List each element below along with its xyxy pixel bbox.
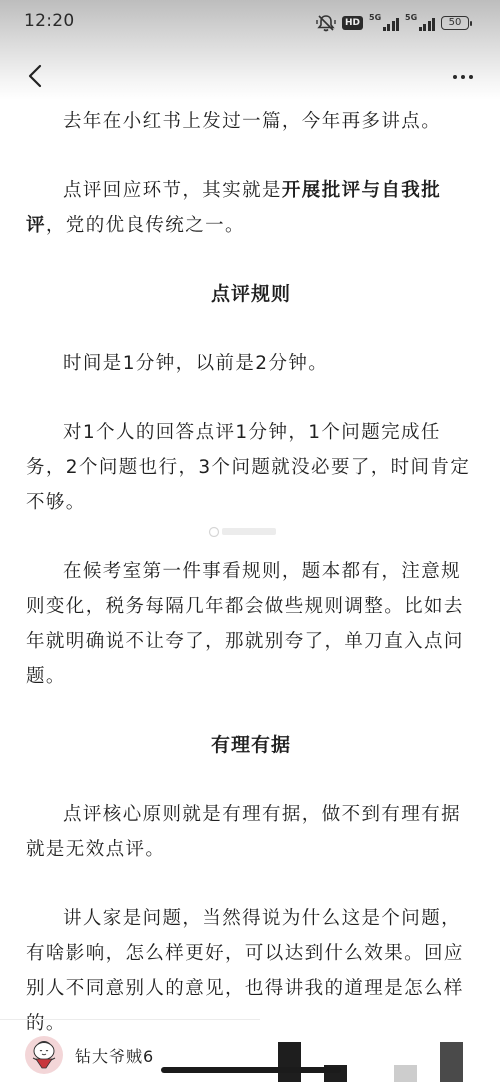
battery-level: 50 [441, 16, 469, 30]
paragraph: 在候考室第一件事看规则，题本都有，注意规则变化，税务每隔几年都会做些规则调整。比… [26, 554, 476, 694]
obscured-action-block [278, 1042, 301, 1082]
author-bar[interactable]: 钻大爷贼6 [25, 1036, 154, 1074]
section-heading: 点评规则 [26, 277, 476, 312]
watermark [208, 525, 278, 540]
hd-voice-icon: HD [342, 16, 363, 30]
section-heading: 有理有据 [26, 728, 476, 763]
author-name[interactable]: 钻大爷贼6 [75, 1044, 154, 1067]
paragraph-text: 点评回应环节，其实就是 [63, 180, 282, 201]
mute-icon [316, 14, 336, 32]
back-button[interactable] [20, 61, 50, 91]
cartoon-avatar-icon [27, 1038, 61, 1072]
obscured-action-block [440, 1042, 463, 1082]
obscured-action-block [394, 1065, 417, 1082]
home-gesture-bar[interactable] [161, 1067, 341, 1073]
weibo-watermark-icon [208, 525, 278, 537]
divider [0, 1019, 260, 1020]
chevron-left-icon [27, 64, 43, 88]
paragraph: 时间是1分钟，以前是2分钟。 [26, 346, 476, 381]
paragraph-text: ，党的优良传统之一。 [46, 215, 245, 236]
paragraph: 点评回应环节，其实就是开展批评与自我批评，党的优良传统之一。 [26, 173, 476, 243]
nav-bar [0, 55, 500, 99]
avatar[interactable] [25, 1036, 63, 1074]
status-icons: HD 5G 5G 50 [316, 13, 472, 33]
screen: 12:20 HD 5G 5G 50 [0, 0, 500, 1082]
status-time: 12:20 [24, 11, 75, 31]
signal-5g-icon: 5G [405, 15, 435, 31]
status-bar: 12:20 HD 5G 5G 50 [0, 0, 500, 46]
paragraph: 讲人家是问题，当然得说为什么这是个问题，有啥影响，怎么样更好，可以达到什么效果。… [26, 901, 476, 1041]
paragraph: 对1个人的回答点评1分钟，1个问题完成任务，2个问题也行，3个问题就没必要了，时… [26, 415, 476, 520]
article-body: 去年在小红书上发过一篇，今年再多讲点。 点评回应环节，其实就是开展批评与自我批评… [26, 104, 476, 1075]
more-options-button[interactable] [448, 63, 478, 91]
more-horizontal-icon [469, 75, 473, 79]
paragraph: 去年在小红书上发过一篇，今年再多讲点。 [26, 104, 476, 139]
signal-5g-icon: 5G [369, 15, 399, 31]
more-horizontal-icon [453, 75, 457, 79]
paragraph: 点评核心原则就是有理有据，做不到有理有据就是无效点评。 [26, 797, 476, 867]
more-horizontal-icon [461, 75, 465, 79]
network-type-label: 5G [405, 13, 417, 22]
battery-icon: 50 [441, 16, 472, 30]
network-type-label: 5G [369, 13, 381, 22]
